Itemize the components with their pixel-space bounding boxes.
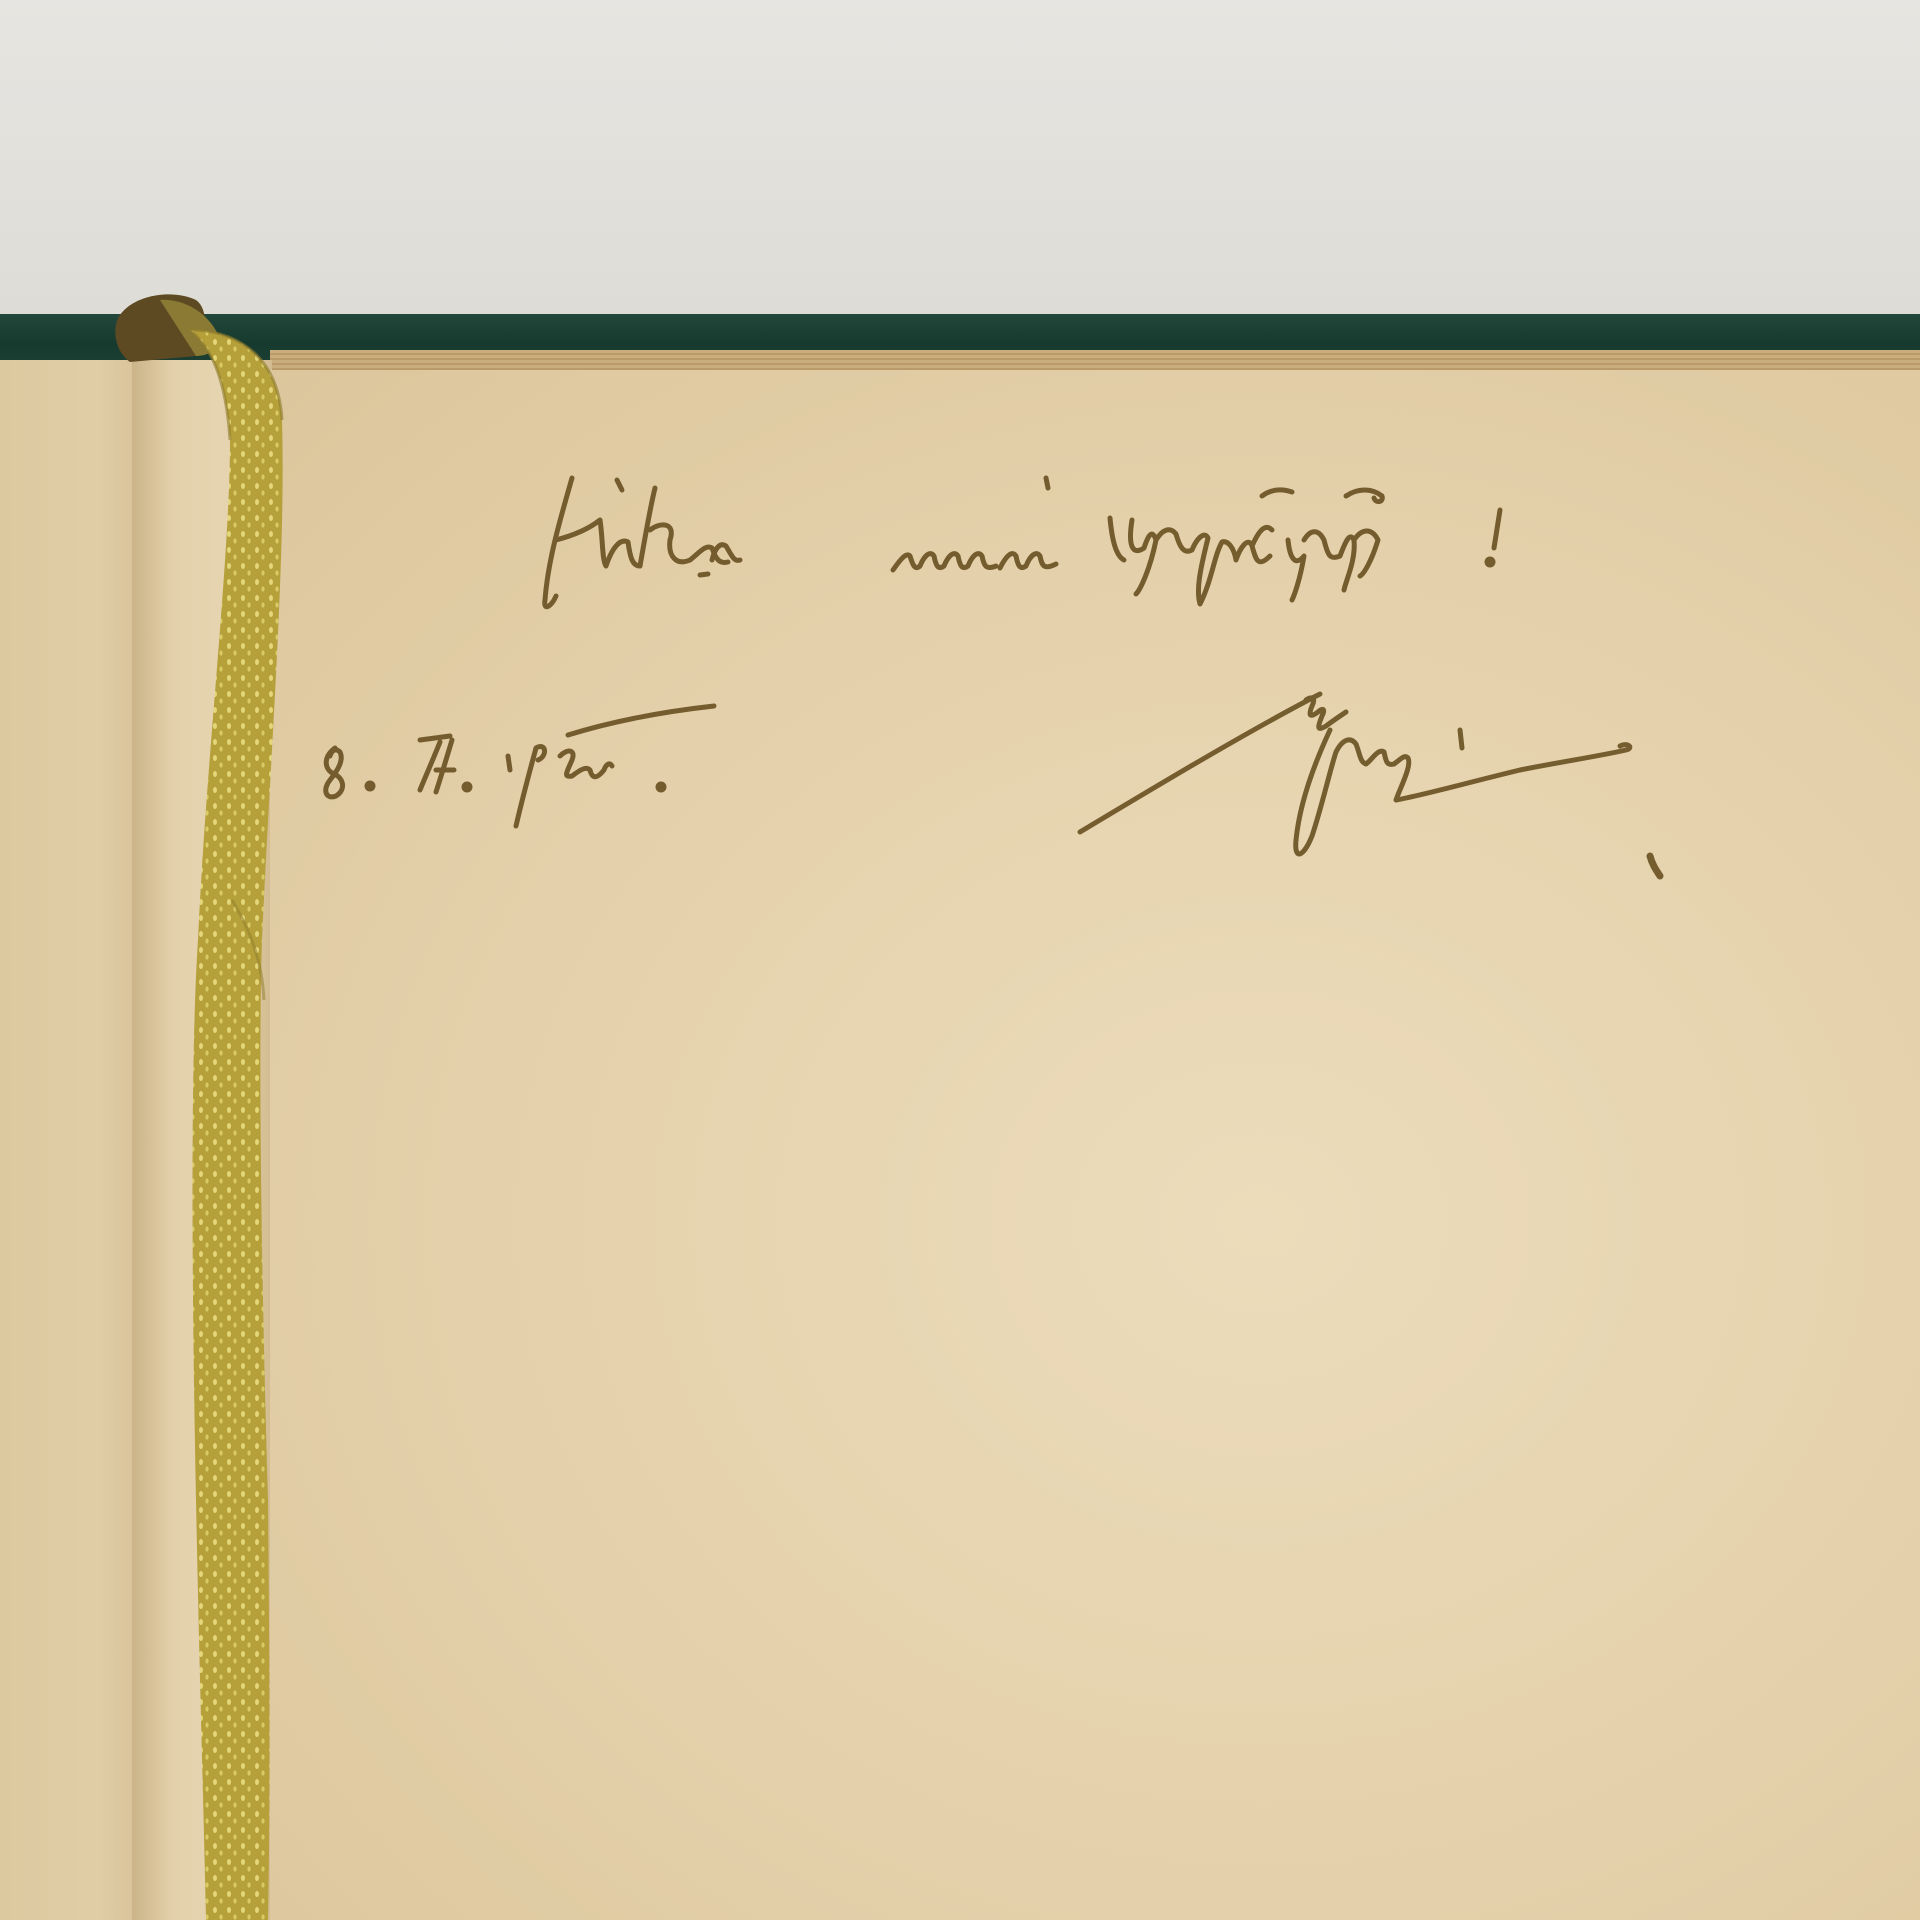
handwriting-strokes	[0, 0, 1920, 1920]
inscription: Herzlichen Gruß zum Gedächtnis! 8. IV. 1…	[0, 0, 1920, 1920]
